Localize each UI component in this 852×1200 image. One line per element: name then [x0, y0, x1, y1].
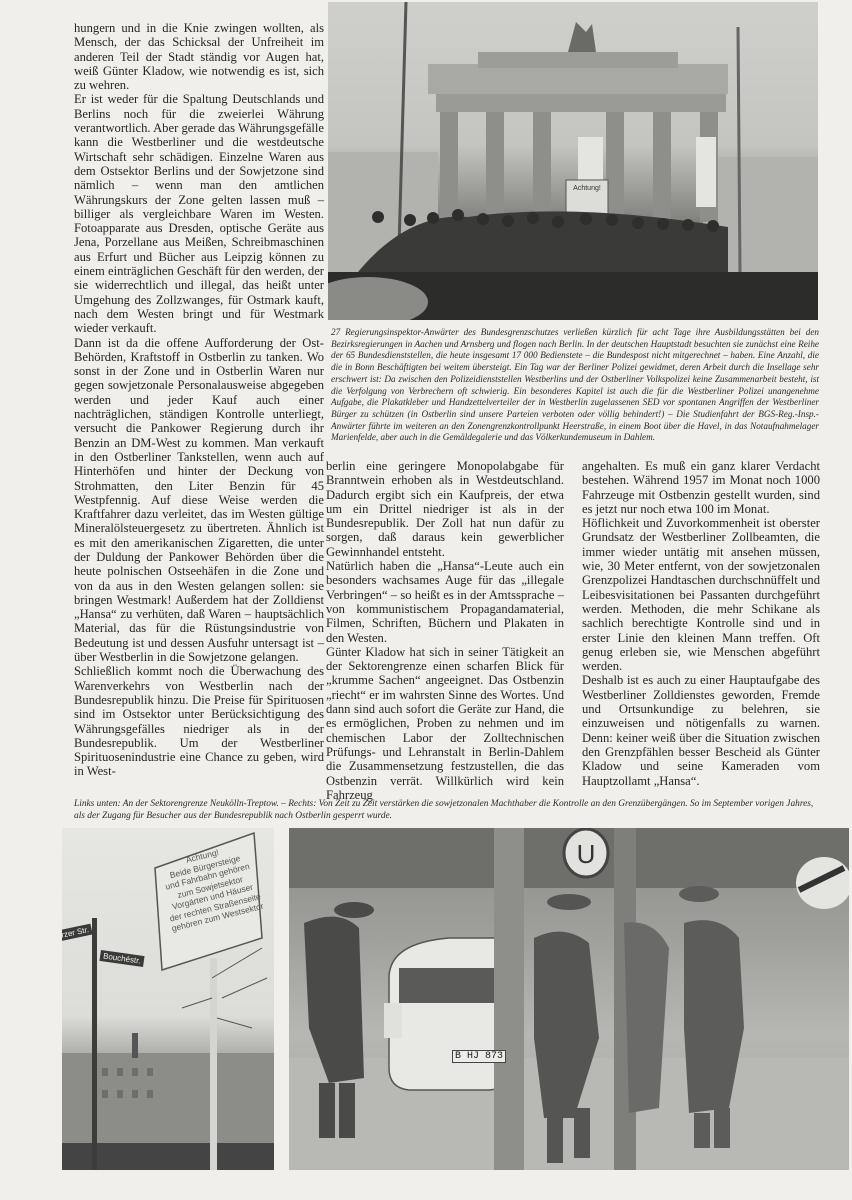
magazine-page: hungern und in die Knie zwingen wollten,… [0, 0, 852, 1200]
paragraph: Dann ist da die offene Aufforderung der … [74, 336, 324, 665]
paragraph: Schließlich kommt noch die Überwachung d… [74, 664, 324, 778]
paragraph: berlin eine geringere Monopolabgabe für … [326, 459, 564, 559]
brandenburg-gate-illustration: Achtung! [328, 2, 818, 320]
paragraph: Er ist weder für die Spaltung Deutschlan… [74, 92, 324, 335]
paragraph: hungern und in die Knie zwingen wollten,… [74, 21, 324, 92]
license-plate: B HJ 873 [452, 1050, 506, 1063]
border-control-photo: U [289, 828, 849, 1170]
paragraph: Deshalb ist es auch zu einer Hauptaufgab… [582, 673, 820, 787]
brandenburg-gate-photo: Achtung! [328, 2, 818, 320]
svg-text:U: U [577, 839, 596, 869]
paragraph: Höflichkeit und Zuvorkommenheit ist ober… [582, 516, 820, 673]
border-guards-illustration: U [289, 828, 849, 1170]
paragraph: angehalten. Es muß ein ganz klarer Verda… [582, 459, 820, 516]
paragraph: Natürlich haben die „Hansa“-Leute auch e… [326, 559, 564, 645]
sector-border-signs-photo: Achtung! Beide Bürgersteige und Fahrbahn… [62, 828, 274, 1170]
photo-caption-bottom: Links unten: An der Sektorengrenze Neukö… [74, 798, 824, 822]
article-column-1: hungern und in die Knie zwingen wollten,… [74, 21, 324, 779]
paragraph: Günter Kladow hat sich in seiner Tätigke… [326, 645, 564, 802]
svg-text:Achtung!: Achtung! [573, 185, 601, 192]
article-column-3: angehalten. Es muß ein ganz klarer Verda… [582, 459, 820, 788]
article-column-2: berlin eine geringere Monopolabgabe für … [326, 459, 564, 802]
photo-caption-top: 27 Regierungsinspektor-Anwärter des Bund… [331, 327, 819, 444]
